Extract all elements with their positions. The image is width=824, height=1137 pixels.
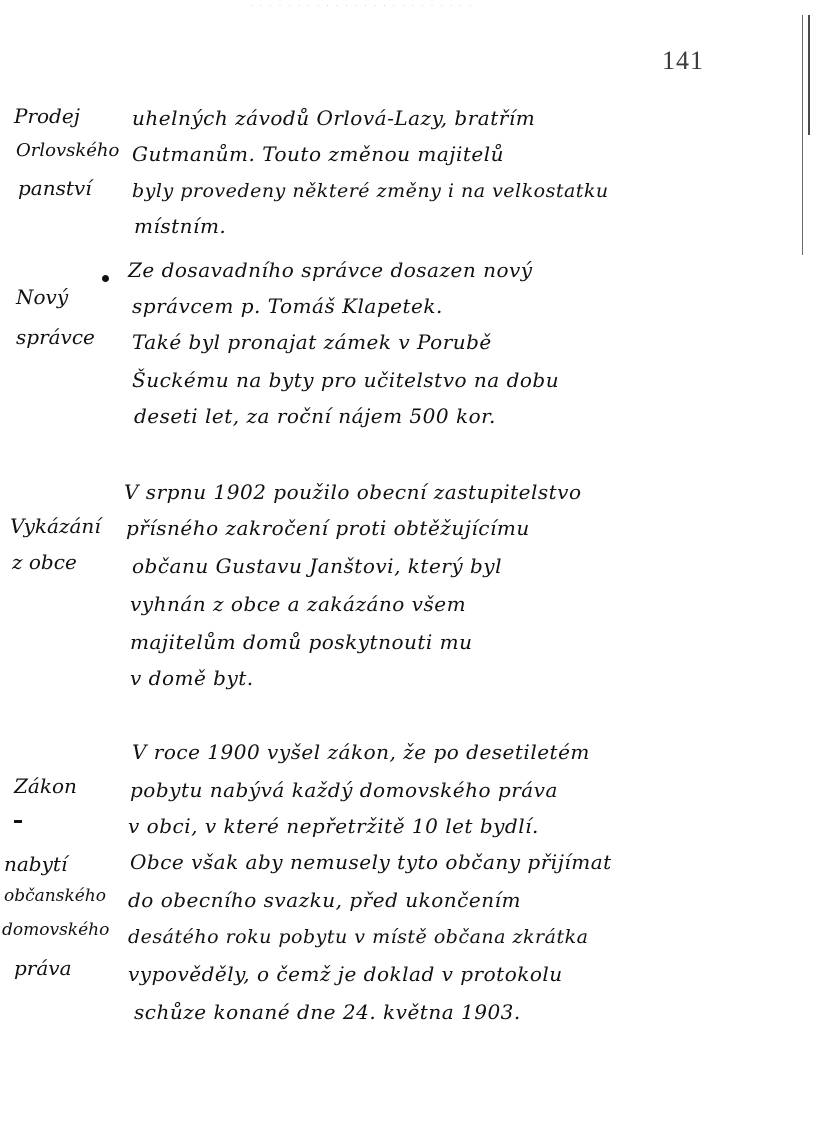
text-line: Ze dosavadního správce dosazen nový — [128, 258, 533, 282]
text-line: deseti let, za roční nájem 500 kor. — [134, 404, 496, 428]
text-line: pobytu nabývá každý domovského práva — [130, 778, 558, 802]
text-line: v domě byt. — [130, 666, 254, 690]
text-line: Obce však aby nemusely tyto občany přijí… — [130, 850, 612, 874]
text-line: místním. — [134, 214, 226, 238]
text-line: přísného zakročení proti obtěžujícímu — [126, 516, 530, 540]
text-line: Také byl pronajat zámek v Porubě — [132, 330, 492, 354]
document-page: · · · · · · · · · · · · · · · · · · · · … — [0, 0, 824, 1137]
margin-label: Nový — [16, 285, 68, 309]
margin-label: Vykázání — [10, 514, 101, 538]
margin-label: Zákon — [14, 774, 77, 798]
margin-label: Prodej — [14, 104, 80, 128]
margin-label: nabytí — [4, 852, 67, 876]
text-line: do obecního svazku, před ukončením — [128, 888, 521, 912]
text-line: V srpnu 1902 použilo obecní zastupitelst… — [124, 480, 582, 504]
binding-rule — [802, 15, 803, 255]
text-line: uhelných závodů Orlová-Lazy, bratřím — [132, 106, 535, 130]
margin-label: panství — [18, 176, 92, 200]
text-line: majitelům domů poskytnouti mu — [130, 630, 473, 654]
margin-label: správce — [16, 325, 95, 349]
margin-label: práva — [14, 956, 72, 980]
text-line: byly provedeny některé změny i na velkos… — [132, 180, 609, 202]
text-line: vyhnán z obce a zakázáno všem — [130, 592, 466, 616]
text-line: občanu Gustavu Janštovi, který byl — [132, 554, 502, 578]
margin-label: z obce — [12, 550, 77, 574]
dash-mark — [14, 820, 22, 823]
text-line: desátého roku pobytu v místě občana zkrá… — [128, 926, 588, 948]
text-line: vypověděly, o čemž je doklad v protokolu — [128, 962, 563, 986]
text-line: v obci, v které nepřetržitě 10 let bydlí… — [128, 814, 539, 838]
margin-label: domovského — [2, 920, 109, 940]
text-line: V roce 1900 vyšel zákon, že po desetilet… — [132, 740, 590, 764]
text-line: schůze konané dne 24. května 1903. — [134, 1000, 521, 1024]
text-line: správcem p. Tomáš Klapetek. — [132, 294, 443, 318]
margin-label: Orlovského — [16, 140, 119, 161]
page-number: 141 — [662, 46, 704, 76]
text-line: Šuckému na byty pro učitelstvo na dobu — [132, 368, 559, 392]
text-line: Gutmanům. Touto změnou majitelů — [132, 142, 504, 166]
faint-header-text: · · · · · · · · · · · · · · · · · · · · … — [250, 0, 610, 8]
binding-rule — [808, 15, 810, 135]
margin-label: občanského — [4, 886, 106, 906]
bullet-mark — [102, 275, 109, 282]
